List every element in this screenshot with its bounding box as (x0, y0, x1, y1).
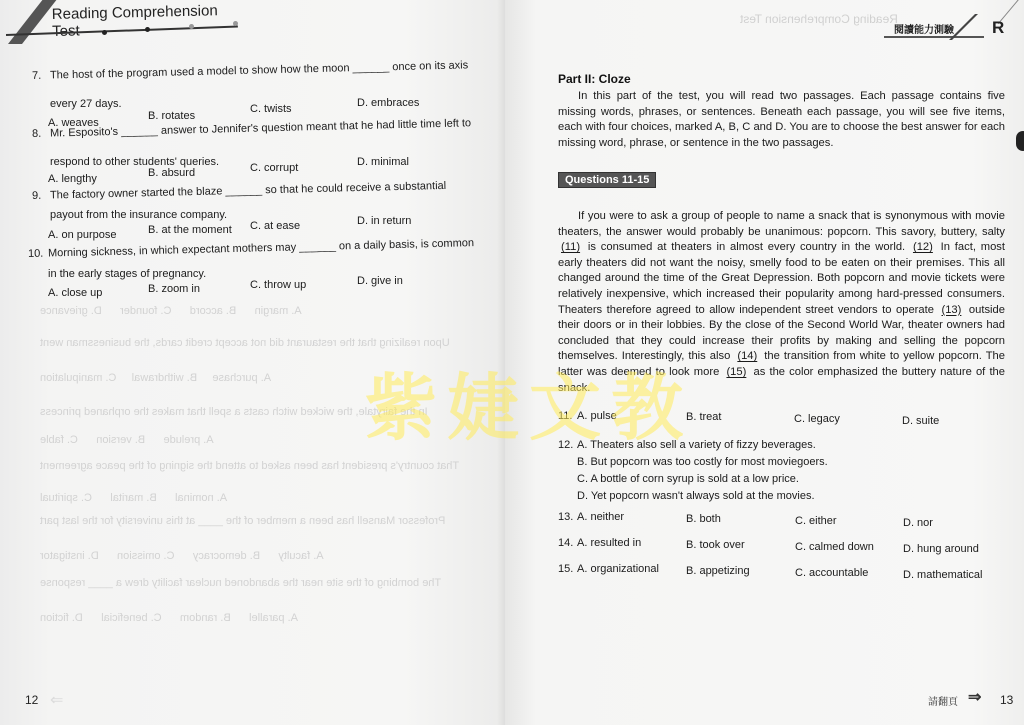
option-c[interactable]: C. at ease (250, 220, 300, 232)
left-page-header: Reading Comprehension Test (0, 0, 240, 42)
turn-page-hint: 請翻頁 (928, 693, 958, 708)
header-dot (102, 30, 107, 35)
bleed-through-text: That country's president has been asked … (40, 460, 459, 472)
page-number-left: 12 (25, 693, 38, 707)
option-b[interactable]: B. But popcorn was too costly for most m… (558, 454, 828, 471)
option-c[interactable]: C. corrupt (250, 162, 298, 174)
option-d[interactable]: D. mathematical (903, 569, 982, 581)
part-title: Part II: Cloze (558, 72, 631, 86)
side-tab-marker (1016, 131, 1024, 151)
bleed-through-text: A. nominal B. marital C. spiritual (40, 492, 227, 504)
option-d[interactable]: D. embraces (357, 97, 419, 109)
header-label: 閱讀能力測驗 (894, 21, 954, 36)
option-c[interactable]: C. accountable (795, 567, 868, 579)
option-b[interactable]: B. took over (686, 539, 745, 551)
option-a[interactable]: A. on purpose (48, 229, 117, 241)
blank-11[interactable]: (11) (558, 241, 583, 253)
right-page-header: 閱讀能力測驗 R (884, 0, 1024, 40)
option-b[interactable]: B. absurd (148, 167, 195, 179)
bleed-through-text: Upon realizing that the restaurant did n… (40, 337, 450, 349)
next-page-arrow-icon: ⇒ (968, 690, 981, 706)
question-stem-cont: in the early stages of pregnancy. (48, 268, 206, 280)
option-b[interactable]: B. rotates (148, 110, 195, 122)
questions-badge: Questions 11-15 (558, 172, 656, 188)
bleed-through-text: A. faculty B. democracy C. omission D. i… (40, 550, 324, 562)
option-c[interactable]: C. twists (250, 103, 292, 115)
question-stem: 7.The host of the program used a model t… (32, 59, 468, 82)
option-a[interactable]: A. resulted in (577, 537, 641, 549)
option-b[interactable]: B. appetizing (686, 565, 750, 577)
bleed-through-text: Professor Mansell has been a member of t… (40, 515, 445, 527)
header-title: Reading Comprehension Test (52, 2, 241, 40)
question-stem-cont: every 27 days. (50, 98, 122, 110)
option-a[interactable]: A. lengthy (48, 173, 97, 185)
header-letter: R (992, 18, 1004, 38)
option-b[interactable]: B. zoom in (148, 283, 200, 295)
bleed-through-text: A. margin B. accord C. founder D. grieva… (40, 305, 302, 317)
option-b[interactable]: B. at the moment (148, 224, 232, 236)
option-a[interactable]: A. close up (48, 287, 102, 299)
bleed-through-text: A. purchase B. withdrawal C. manipulatio… (40, 372, 271, 384)
option-d[interactable]: D. hung around (903, 543, 979, 555)
header-rule (884, 36, 984, 38)
watermark: 紫婕文教 (365, 350, 693, 454)
blank-13[interactable]: (13) (938, 304, 964, 316)
option-c[interactable]: C. throw up (250, 279, 306, 291)
option-c[interactable]: C. calmed down (795, 541, 874, 553)
instructions: In this part of the test, you will read … (558, 89, 1005, 151)
header-dot (145, 27, 150, 32)
blank-12[interactable]: (12) (910, 241, 936, 253)
page-number-right: 13 (1000, 693, 1013, 707)
option-a[interactable]: A. neither (577, 511, 624, 523)
option-c[interactable]: C. either (795, 515, 837, 527)
option-c[interactable]: C. legacy (794, 413, 840, 425)
option-d[interactable]: D. minimal (357, 156, 409, 168)
option-a[interactable]: A. organizational (577, 563, 659, 575)
option-c[interactable]: C. A bottle of corn syrup is sold at a l… (558, 471, 828, 488)
blank-14[interactable]: (14) (734, 350, 760, 362)
header-dot (233, 21, 238, 26)
option-b[interactable]: B. both (686, 513, 721, 525)
option-d[interactable]: D. suite (902, 415, 939, 427)
question-stem-cont: payout from the insurance company. (50, 209, 227, 221)
bleed-through-text: The bombing of the site near the abandon… (40, 577, 441, 589)
blank-15[interactable]: (15) (723, 366, 749, 378)
bleed-through-text: A. prelude B. version C. fable (40, 434, 214, 446)
header-dot (189, 24, 194, 29)
option-d[interactable]: D. in return (357, 215, 411, 227)
bleed-through-text: Reading Comprehension Test (740, 12, 898, 26)
option-d[interactable]: D. nor (903, 517, 933, 529)
option-d[interactable]: D. give in (357, 275, 403, 287)
bleed-through-text: A. parallel B. random C. beneficial D. f… (40, 612, 298, 624)
option-d[interactable]: D. Yet popcorn wasn't always sold at the… (558, 488, 828, 505)
back-arrow-icon: ⇐ (50, 693, 63, 709)
